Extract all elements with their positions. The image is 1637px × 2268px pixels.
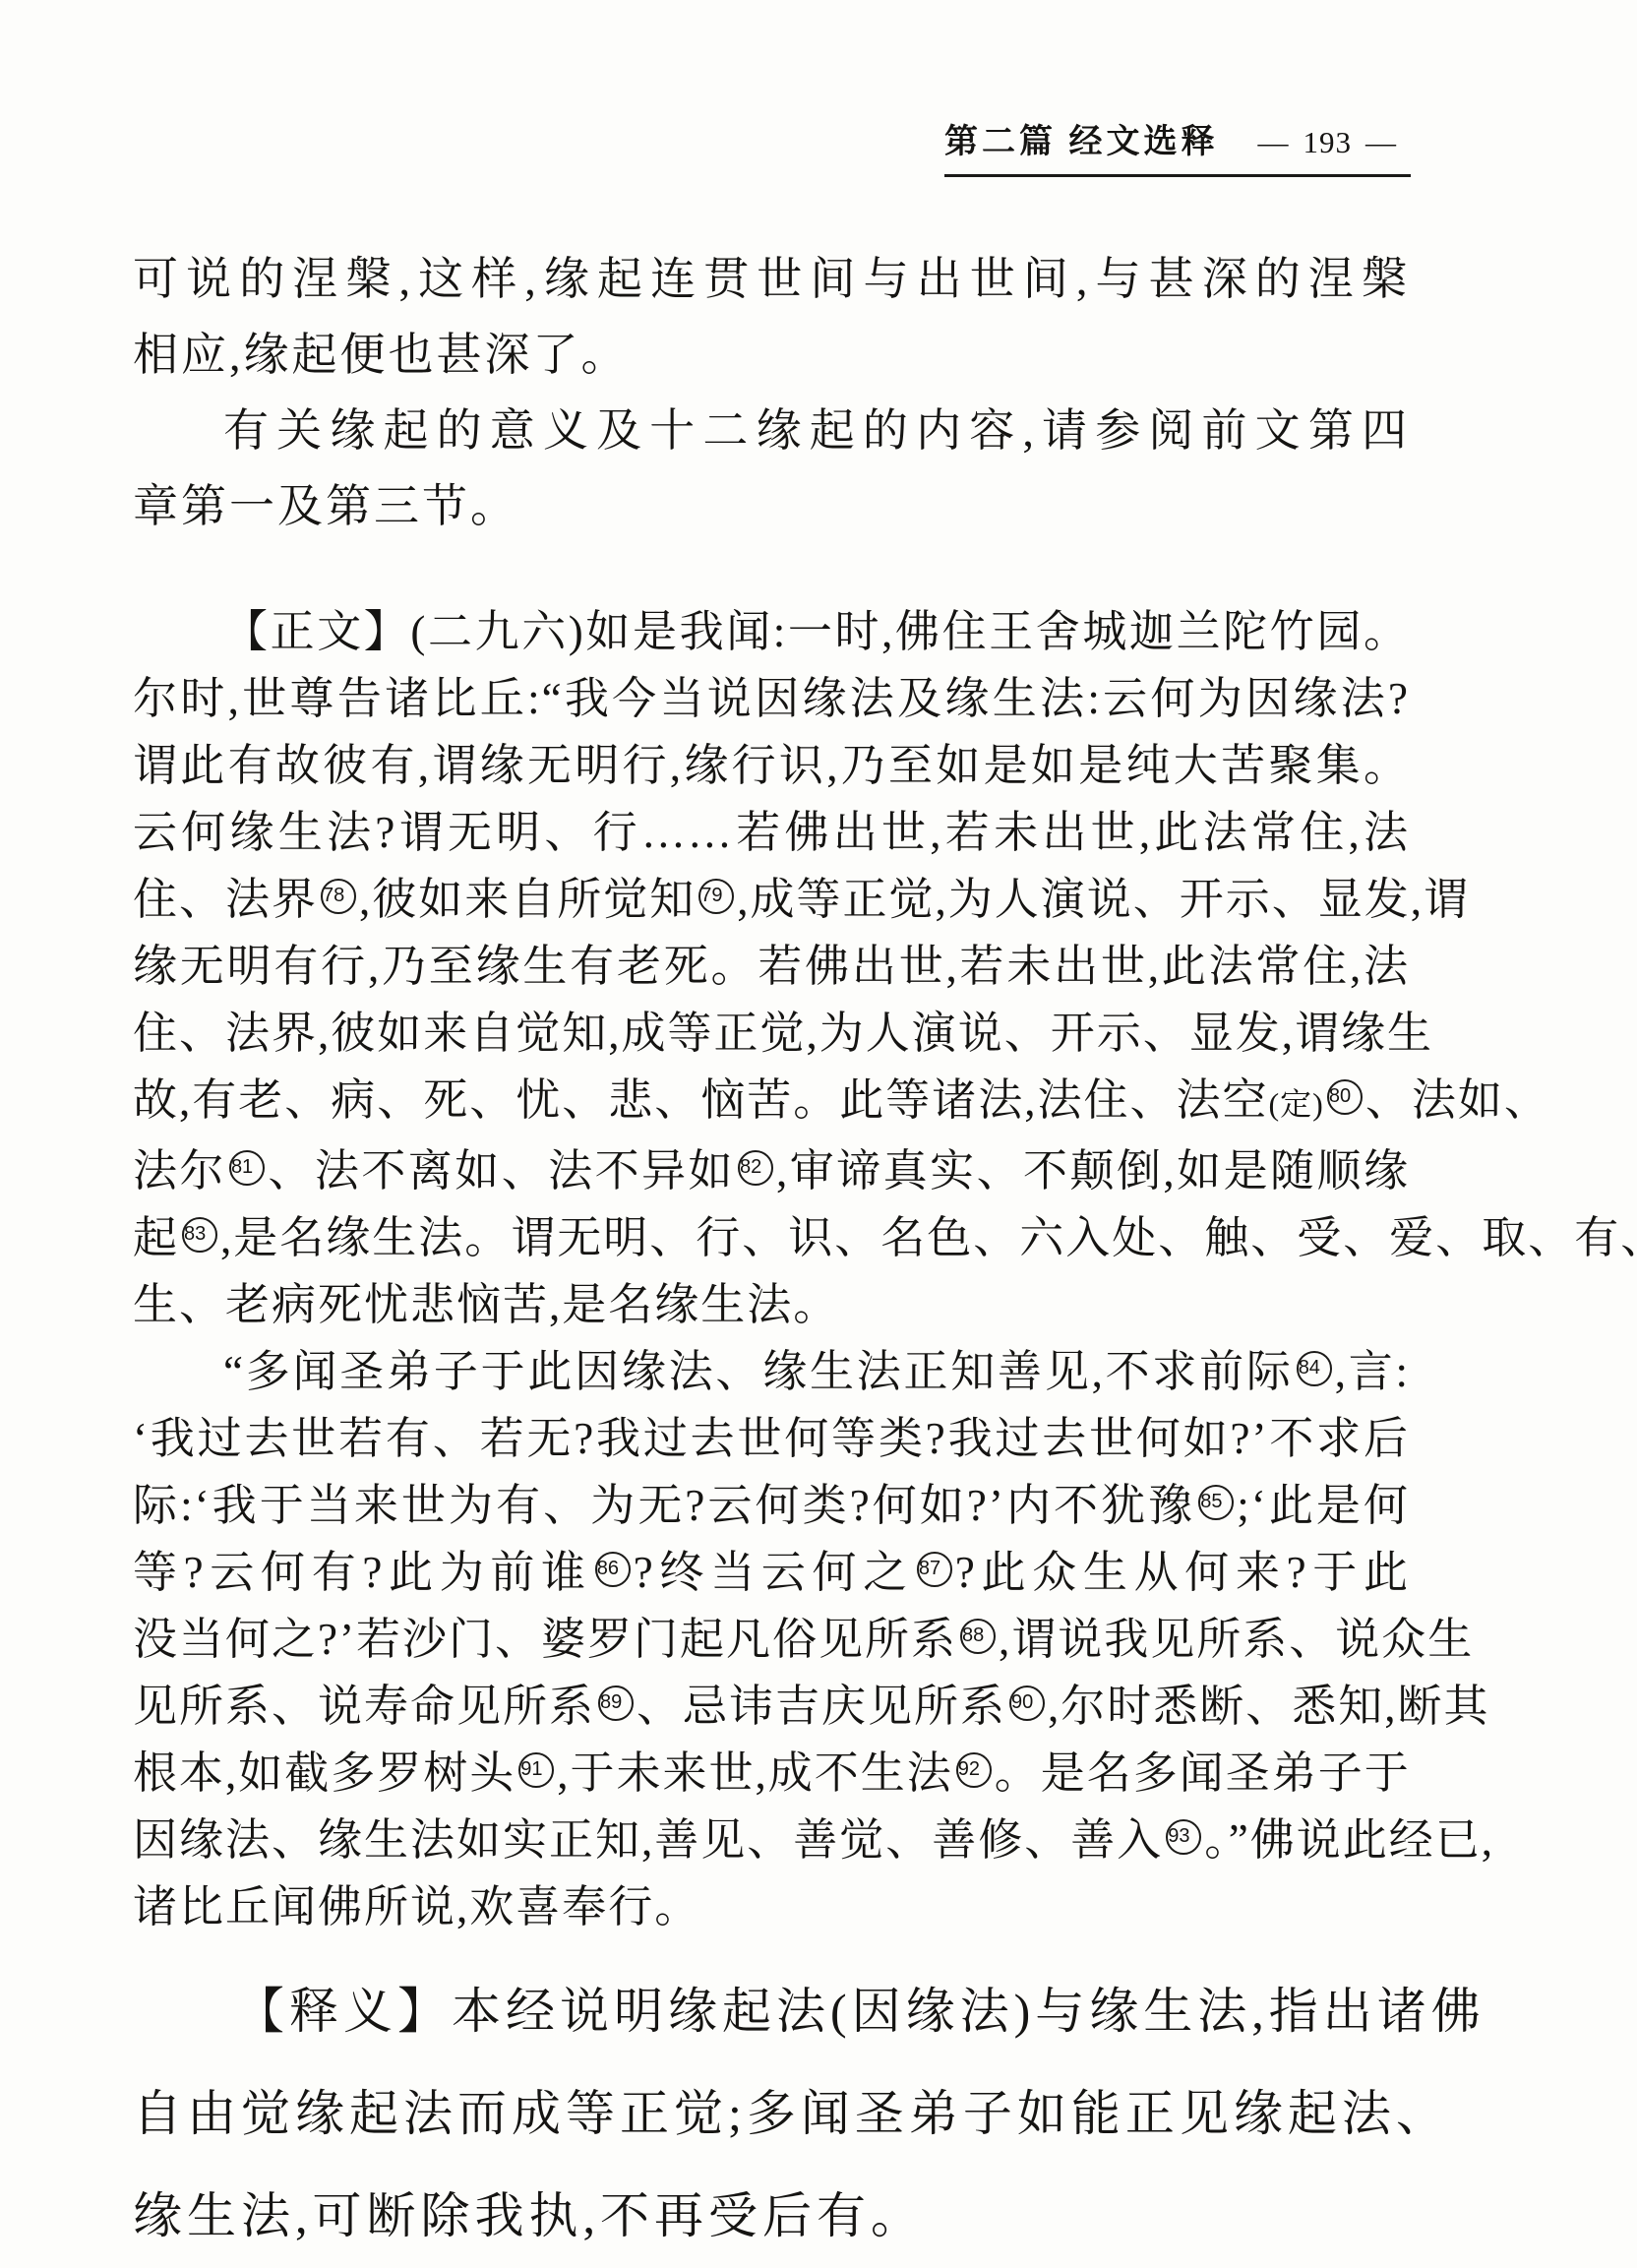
footnote-ref-81: 81 (229, 1150, 265, 1186)
text-line: 【释义】本经说明缘起法(因缘法)与缘生法,指出诸佛 (133, 1960, 1410, 2062)
text-run: 住、法界,彼如来自觉知,成等正觉,为人演说、开示、显发,谓缘生 (133, 1009, 1433, 1058)
text-run: 自由觉缘起法而成等正觉;多闻圣弟子如能正见缘起法、 (133, 2086, 1450, 2141)
paragraph-scripture-second: “多闻圣弟子于此因缘法、缘生法正知善见,不求前际84,言:‘我过去世若有、若无?… (133, 1338, 1410, 1940)
text-run: 等?云何有?此为前谁 (133, 1548, 592, 1597)
text-run: 。是名多闻圣弟子于 (995, 1748, 1411, 1798)
book-page: 第二篇 经文选释 —193— 可说的涅槃,这样,缘起连贯世间与出世间,与甚深的涅… (0, 0, 1637, 2268)
text-run: 根本,如截多罗树头 (133, 1748, 515, 1798)
footnote-ref-87: 87 (917, 1552, 952, 1587)
paragraph-commentary: 【释义】本经说明缘起法(因缘法)与缘生法,指出诸佛自由觉缘起法而成等正觉;多闻圣… (133, 1960, 1410, 2267)
inline-gloss: (定) (1269, 1086, 1324, 1122)
footnote-ref-82: 82 (738, 1150, 773, 1186)
text-run: ,彼如来自所觉知 (359, 875, 696, 924)
text-run: 相应,缘起便也甚深了。 (133, 330, 630, 380)
text-run: 住、法界 (133, 875, 318, 924)
paragraph-reference-note: 有关缘起的意义及十二缘起的内容,请参阅前文第四章第一及第三节。 (133, 393, 1410, 544)
text-run: 、忌讳吉庆见所系 (637, 1682, 1006, 1731)
text-line: 【正文】(二九六)如是我闻:一时,佛住王舍城迦兰陀竹园。 (133, 598, 1410, 665)
text-run: 可说的涅槃,这样,缘起连贯世间与出世间,与甚深的涅槃 (133, 254, 1410, 304)
text-run: 缘生法,可断除我执,不再受后有。 (133, 2188, 925, 2243)
text-run: 有关缘起的意义及十二缘起的内容,请参阅前文第四 (223, 405, 1410, 456)
footnote-ref-91: 91 (518, 1752, 554, 1788)
text-run: ‘我过去世若有、若无?我过去世何等类?我过去世何如?’不求后 (133, 1414, 1410, 1463)
footnote-ref-85: 85 (1198, 1485, 1234, 1520)
text-line: 云何缘生法?谓无明、行……若佛出世,若未出世,此法常住,法 (133, 799, 1410, 866)
text-run: 没当何之?’若沙门、婆罗门起凡俗见所系 (133, 1615, 957, 1664)
text-line: 根本,如截多罗树头91,于未来世,成不生法92。是名多闻圣弟子于 (133, 1740, 1410, 1807)
text-line: 尔时,世尊告诸比丘:“我今当说因缘法及缘生法:云何为因缘法? (133, 665, 1410, 732)
page-number-dash-left: — (1258, 125, 1290, 160)
text-run: 、法不离如、法不异如 (268, 1146, 735, 1195)
text-line: 等?云何有?此为前谁86?终当云何之87?此众生从何来?于此 (133, 1539, 1410, 1606)
text-run: 。”佛说此经已, (1204, 1815, 1494, 1865)
text-run: 、法如、 (1365, 1075, 1550, 1125)
paragraph-scripture-main: 【正文】(二九六)如是我闻:一时,佛住王舍城迦兰陀竹园。尔时,世尊告诸比丘:“我… (133, 598, 1410, 1338)
text-run: ?终当云何之 (634, 1548, 914, 1597)
text-line: 缘生法,可断除我执,不再受后有。 (133, 2165, 1410, 2267)
text-run: ,于未来世,成不生法 (557, 1748, 953, 1798)
text-line: 因缘法、缘生法如实正知,善见、善觉、善修、善入93。”佛说此经已, (133, 1807, 1410, 1873)
text-line: 谓此有故彼有,谓缘无明行,缘行识,乃至如是如是纯大苦聚集。 (133, 732, 1410, 799)
page-number: 193 (1304, 125, 1353, 159)
footnote-ref-86: 86 (595, 1552, 631, 1587)
text-run: 际:‘我于当来世为有、为无?云何类?何如?’内不犹豫 (133, 1481, 1195, 1530)
footnote-ref-83: 83 (182, 1217, 217, 1253)
text-line: 有关缘起的意义及十二缘起的内容,请参阅前文第四 (133, 393, 1410, 468)
text-run: 法尔 (133, 1146, 226, 1195)
text-line: 生、老病死忧悲恼苦,是名缘生法。 (133, 1271, 1410, 1338)
page-header: 第二篇 经文选释 —193— (944, 114, 1411, 177)
text-line: 见所系、说寿命见所系89、忌讳吉庆见所系90,尔时悉断、悉知,断其 (133, 1673, 1410, 1740)
paragraph-intro-continued: 可说的涅槃,这样,缘起连贯世间与出世间,与甚深的涅槃相应,缘起便也甚深了。 (133, 241, 1410, 393)
footnote-ref-90: 90 (1009, 1686, 1045, 1721)
text-run: 【正文】(二九六)如是我闻:一时,佛住王舍城迦兰陀竹园。 (223, 607, 1410, 656)
text-line: 缘无明有行,乃至缘生有老死。若佛出世,若未出世,此法常住,法 (133, 933, 1410, 1000)
text-run: 【释义】本经说明缘起法(因缘法)与缘生法,指出诸佛 (235, 1984, 1485, 2039)
text-line: 住、法界,彼如来自觉知,成等正觉,为人演说、开示、显发,谓缘生 (133, 1000, 1410, 1067)
text-run: ;‘此是何 (1237, 1481, 1410, 1530)
text-run: ?此众生从何来?于此 (955, 1548, 1410, 1597)
text-run: ,审谛真实、不颠倒,如是随顺缘 (776, 1146, 1410, 1195)
text-run: “多闻圣弟子于此因缘法、缘生法正知善见,不求前际 (223, 1347, 1294, 1396)
text-run: 诸比丘闻佛所说,欢喜奉行。 (133, 1882, 700, 1931)
text-line: 故,有老、病、死、忧、悲、恼苦。此等诸法,法住、法空(定)80、法如、 (133, 1067, 1410, 1137)
text-line: 自由觉缘起法而成等正觉;多闻圣弟子如能正见缘起法、 (133, 2062, 1410, 2165)
footnote-ref-84: 84 (1297, 1351, 1332, 1386)
text-run: 缘无明有行,乃至缘生有老死。若佛出世,若未出世,此法常住,法 (133, 942, 1410, 991)
text-line: “多闻圣弟子于此因缘法、缘生法正知善见,不求前际84,言: (133, 1338, 1410, 1405)
text-run: 见所系、说寿命见所系 (133, 1682, 595, 1731)
text-run: 生、老病死忧悲恼苦,是名缘生法。 (133, 1280, 839, 1329)
text-line: 没当何之?’若沙门、婆罗门起凡俗见所系88,谓说我见所系、说众生 (133, 1606, 1410, 1673)
text-run: ,成等正觉,为人演说、开示、显发,谓 (737, 875, 1470, 924)
page-number-block: —193— (1244, 125, 1412, 160)
text-line: 住、法界78,彼如来自所觉知79,成等正觉,为人演说、开示、显发,谓 (133, 866, 1410, 933)
text-run: 章第一及第三节。 (133, 481, 518, 531)
text-run: ,谓说我见所系、说众生 (999, 1615, 1474, 1664)
text-run: 谓此有故彼有,谓缘无明行,缘行识,乃至如是如是纯大苦聚集。 (133, 741, 1410, 790)
footnote-ref-78: 78 (321, 879, 356, 914)
footnote-ref-93: 93 (1166, 1819, 1201, 1855)
text-run: 云何缘生法?谓无明、行……若佛出世,若未出世,此法常住,法 (133, 808, 1410, 857)
text-run: 尔时,世尊告诸比丘:“我今当说因缘法及缘生法:云何为因缘法? (133, 674, 1410, 723)
text-run: ,是名缘生法。谓无明、行、识、名色、六入处、触、受、爱、取、有、 (220, 1213, 1637, 1262)
text-line: 章第一及第三节。 (133, 468, 1410, 544)
text-line: ‘我过去世若有、若无?我过去世何等类?我过去世何如?’不求后 (133, 1405, 1410, 1472)
text-run: ,尔时悉断、悉知,断其 (1048, 1682, 1490, 1731)
footnote-ref-88: 88 (960, 1619, 996, 1654)
text-line: 际:‘我于当来世为有、为无?云何类?何如?’内不犹豫85;‘此是何 (133, 1472, 1410, 1539)
page-content: 可说的涅槃,这样,缘起连贯世间与出世间,与甚深的涅槃相应,缘起便也甚深了。有关缘… (133, 241, 1410, 2267)
text-line: 相应,缘起便也甚深了。 (133, 317, 1410, 393)
footnote-ref-92: 92 (956, 1752, 992, 1788)
text-line: 起83,是名缘生法。谓无明、行、识、名色、六入处、触、受、爱、取、有、 (133, 1204, 1410, 1271)
page-number-dash-right: — (1365, 125, 1397, 160)
text-line: 可说的涅槃,这样,缘起连贯世间与出世间,与甚深的涅槃 (133, 241, 1410, 317)
text-run: ,言: (1335, 1347, 1410, 1396)
text-run: 因缘法、缘生法如实正知,善见、善觉、善修、善入 (133, 1815, 1163, 1865)
footnote-ref-80: 80 (1327, 1079, 1363, 1115)
text-line: 法尔81、法不离如、法不异如82,审谛真实、不颠倒,如是随顺缘 (133, 1137, 1410, 1204)
footnote-ref-79: 79 (698, 879, 734, 914)
section-title: 第二篇 经文选释 (944, 114, 1219, 162)
text-run: 起 (133, 1213, 179, 1262)
text-line: 诸比丘闻佛所说,欢喜奉行。 (133, 1873, 1410, 1940)
footnote-ref-89: 89 (598, 1686, 634, 1721)
text-run: 故,有老、病、死、忧、悲、恼苦。此等诸法,法住、法空 (133, 1075, 1269, 1125)
